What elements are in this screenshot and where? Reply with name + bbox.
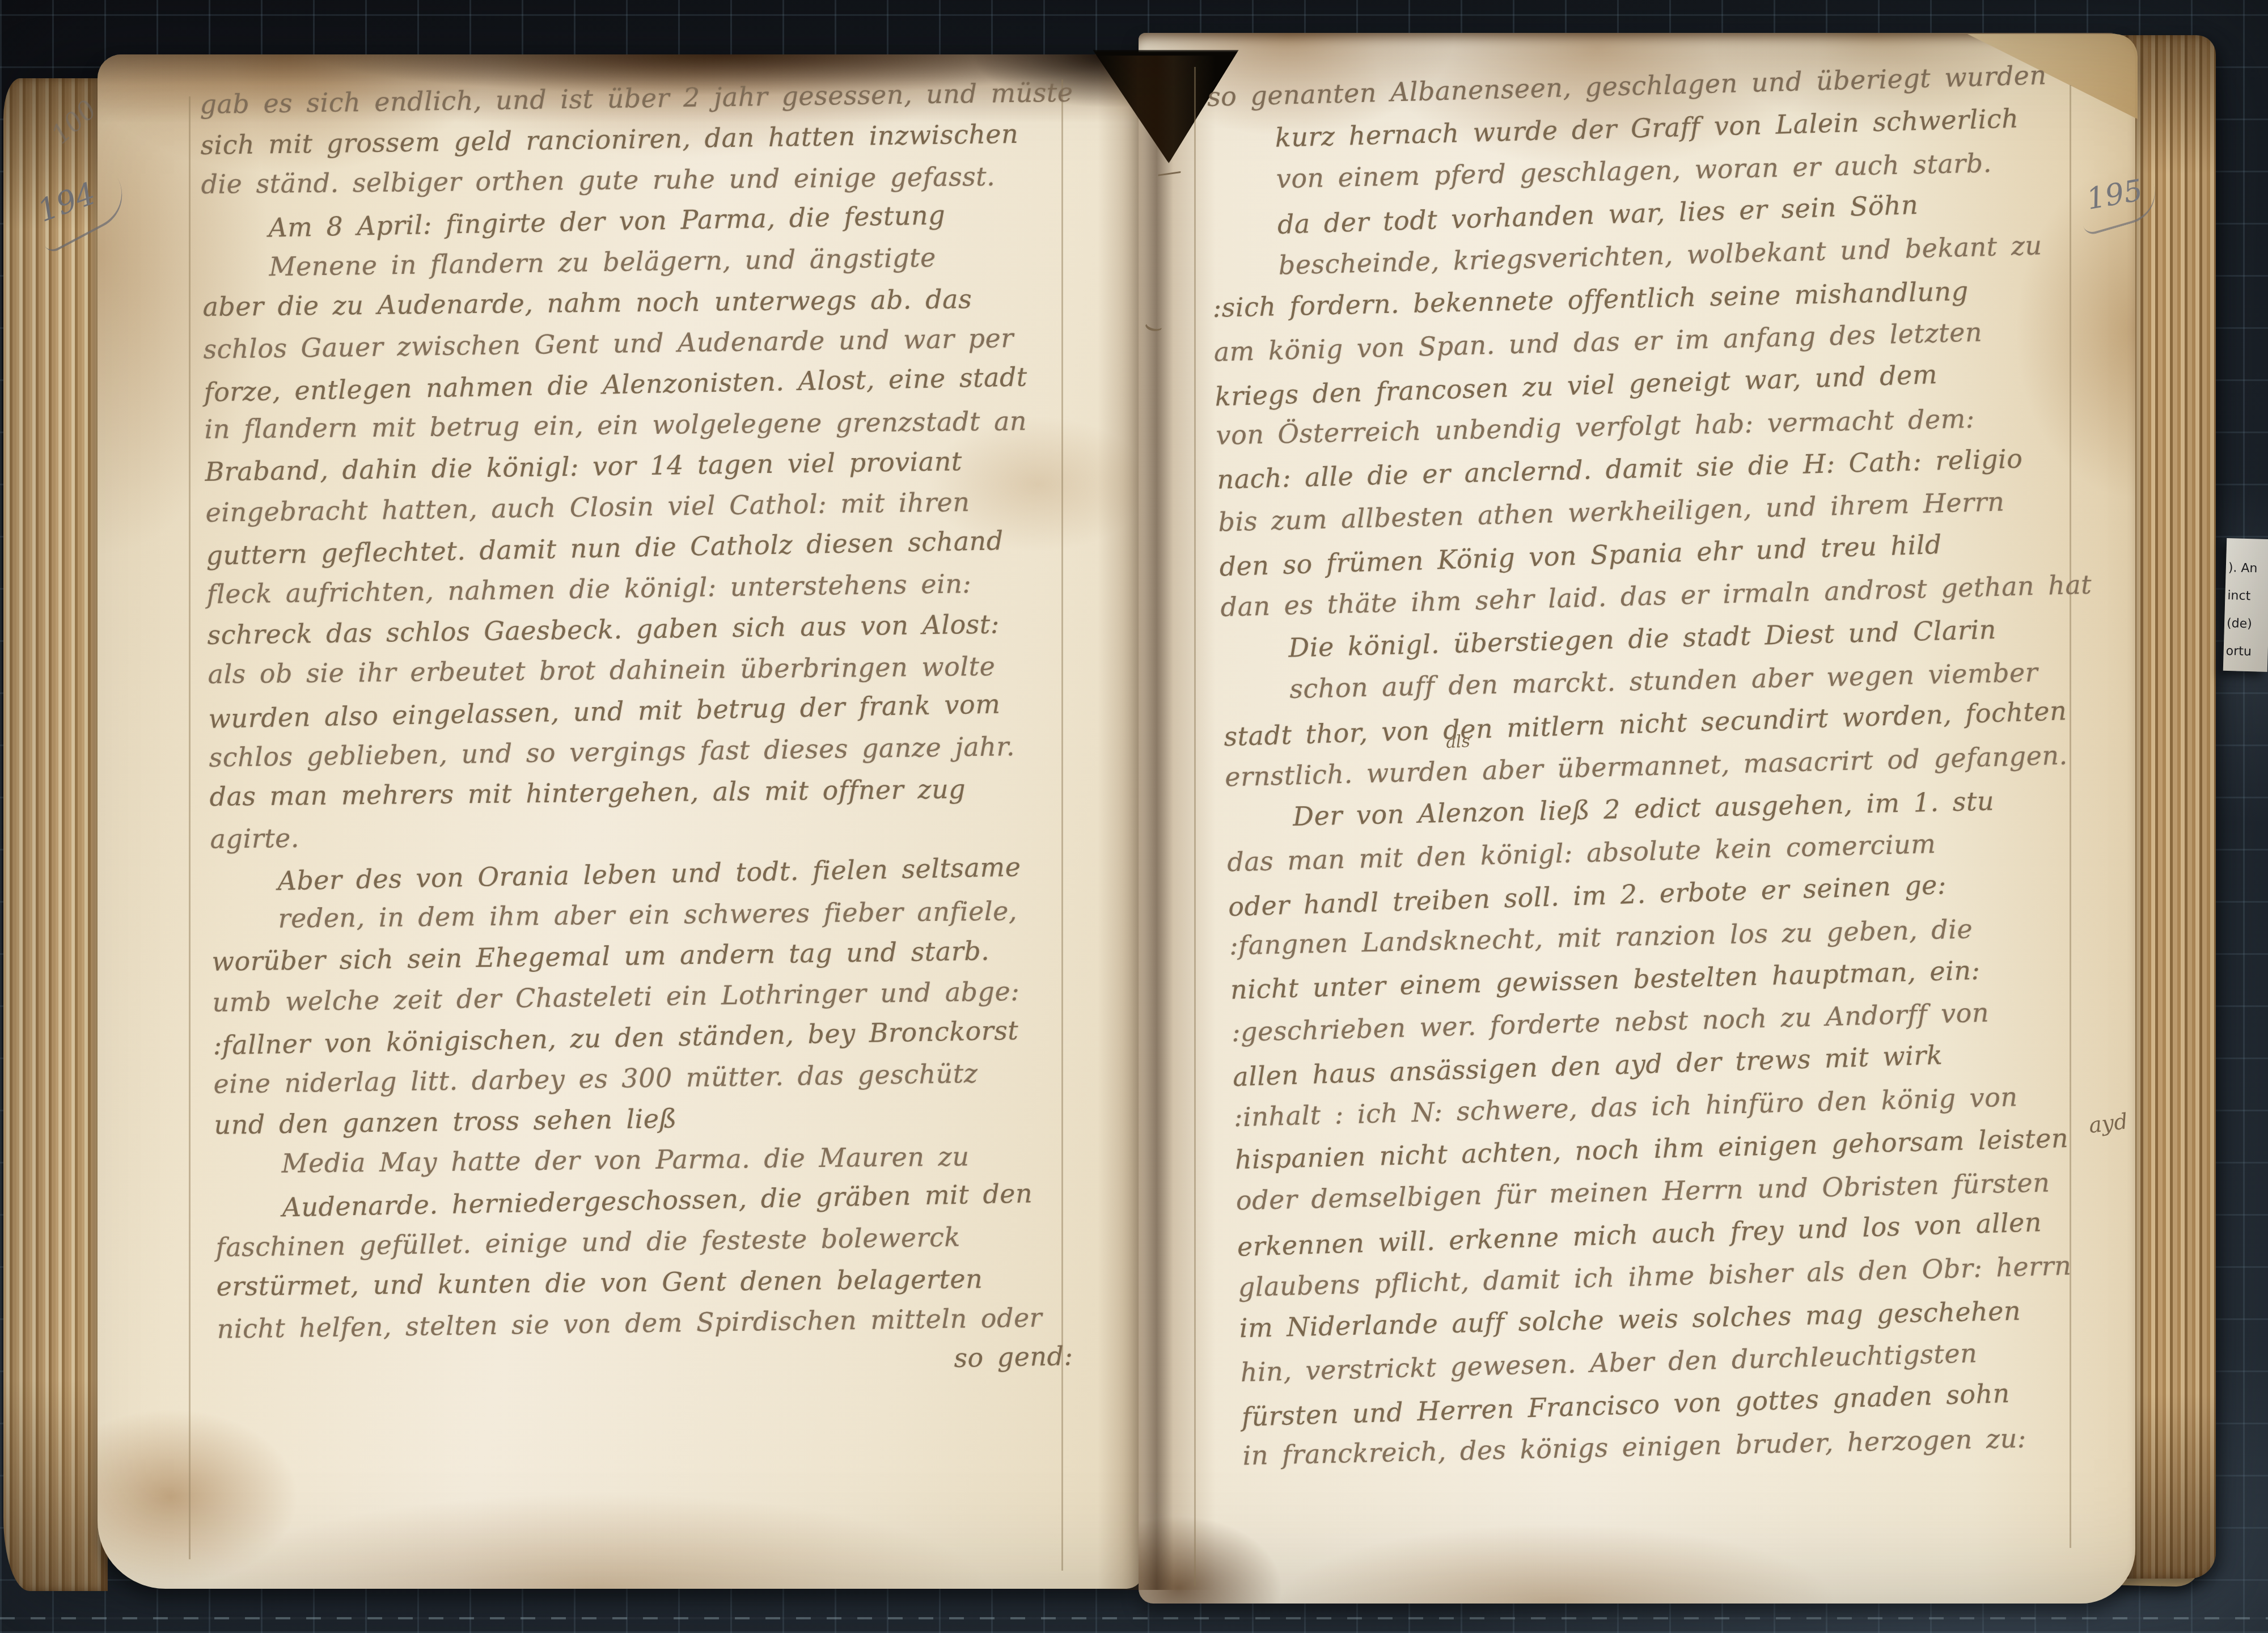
bookmark-slip: ). Aninct(de)ortu	[2223, 538, 2268, 672]
bookmark-slip-line: inct	[2225, 582, 2268, 611]
bookmark-slip-line: ortu	[2223, 637, 2268, 666]
bookmark-slip-line: ). An	[2225, 554, 2268, 583]
folio-number-195: 195	[2084, 176, 2145, 214]
ruled-margin-line	[1194, 67, 1196, 1587]
page-fore-edge-left	[3, 78, 108, 1591]
manuscript-text-right-page: so genanten Albanenseen, geschlagen und …	[1207, 53, 2116, 1479]
ruled-margin-line	[189, 96, 191, 1559]
interline-insertion-als: als	[1445, 733, 1470, 751]
bookmark-slip-line: (de)	[2224, 610, 2268, 638]
cutting-mat-background: { "photo": { "mat": { "base_color": "#1b…	[0, 0, 2268, 1633]
mat-ruler-line	[0, 1617, 2268, 1619]
manuscript-text-left-page: gab es sich endlich, und ist über 2 jahr…	[200, 71, 1094, 1390]
margin-note-ayd: ayd	[2088, 1110, 2129, 1136]
margin-dash: —	[1155, 158, 1183, 187]
gutter-shadow	[1098, 56, 1216, 1590]
